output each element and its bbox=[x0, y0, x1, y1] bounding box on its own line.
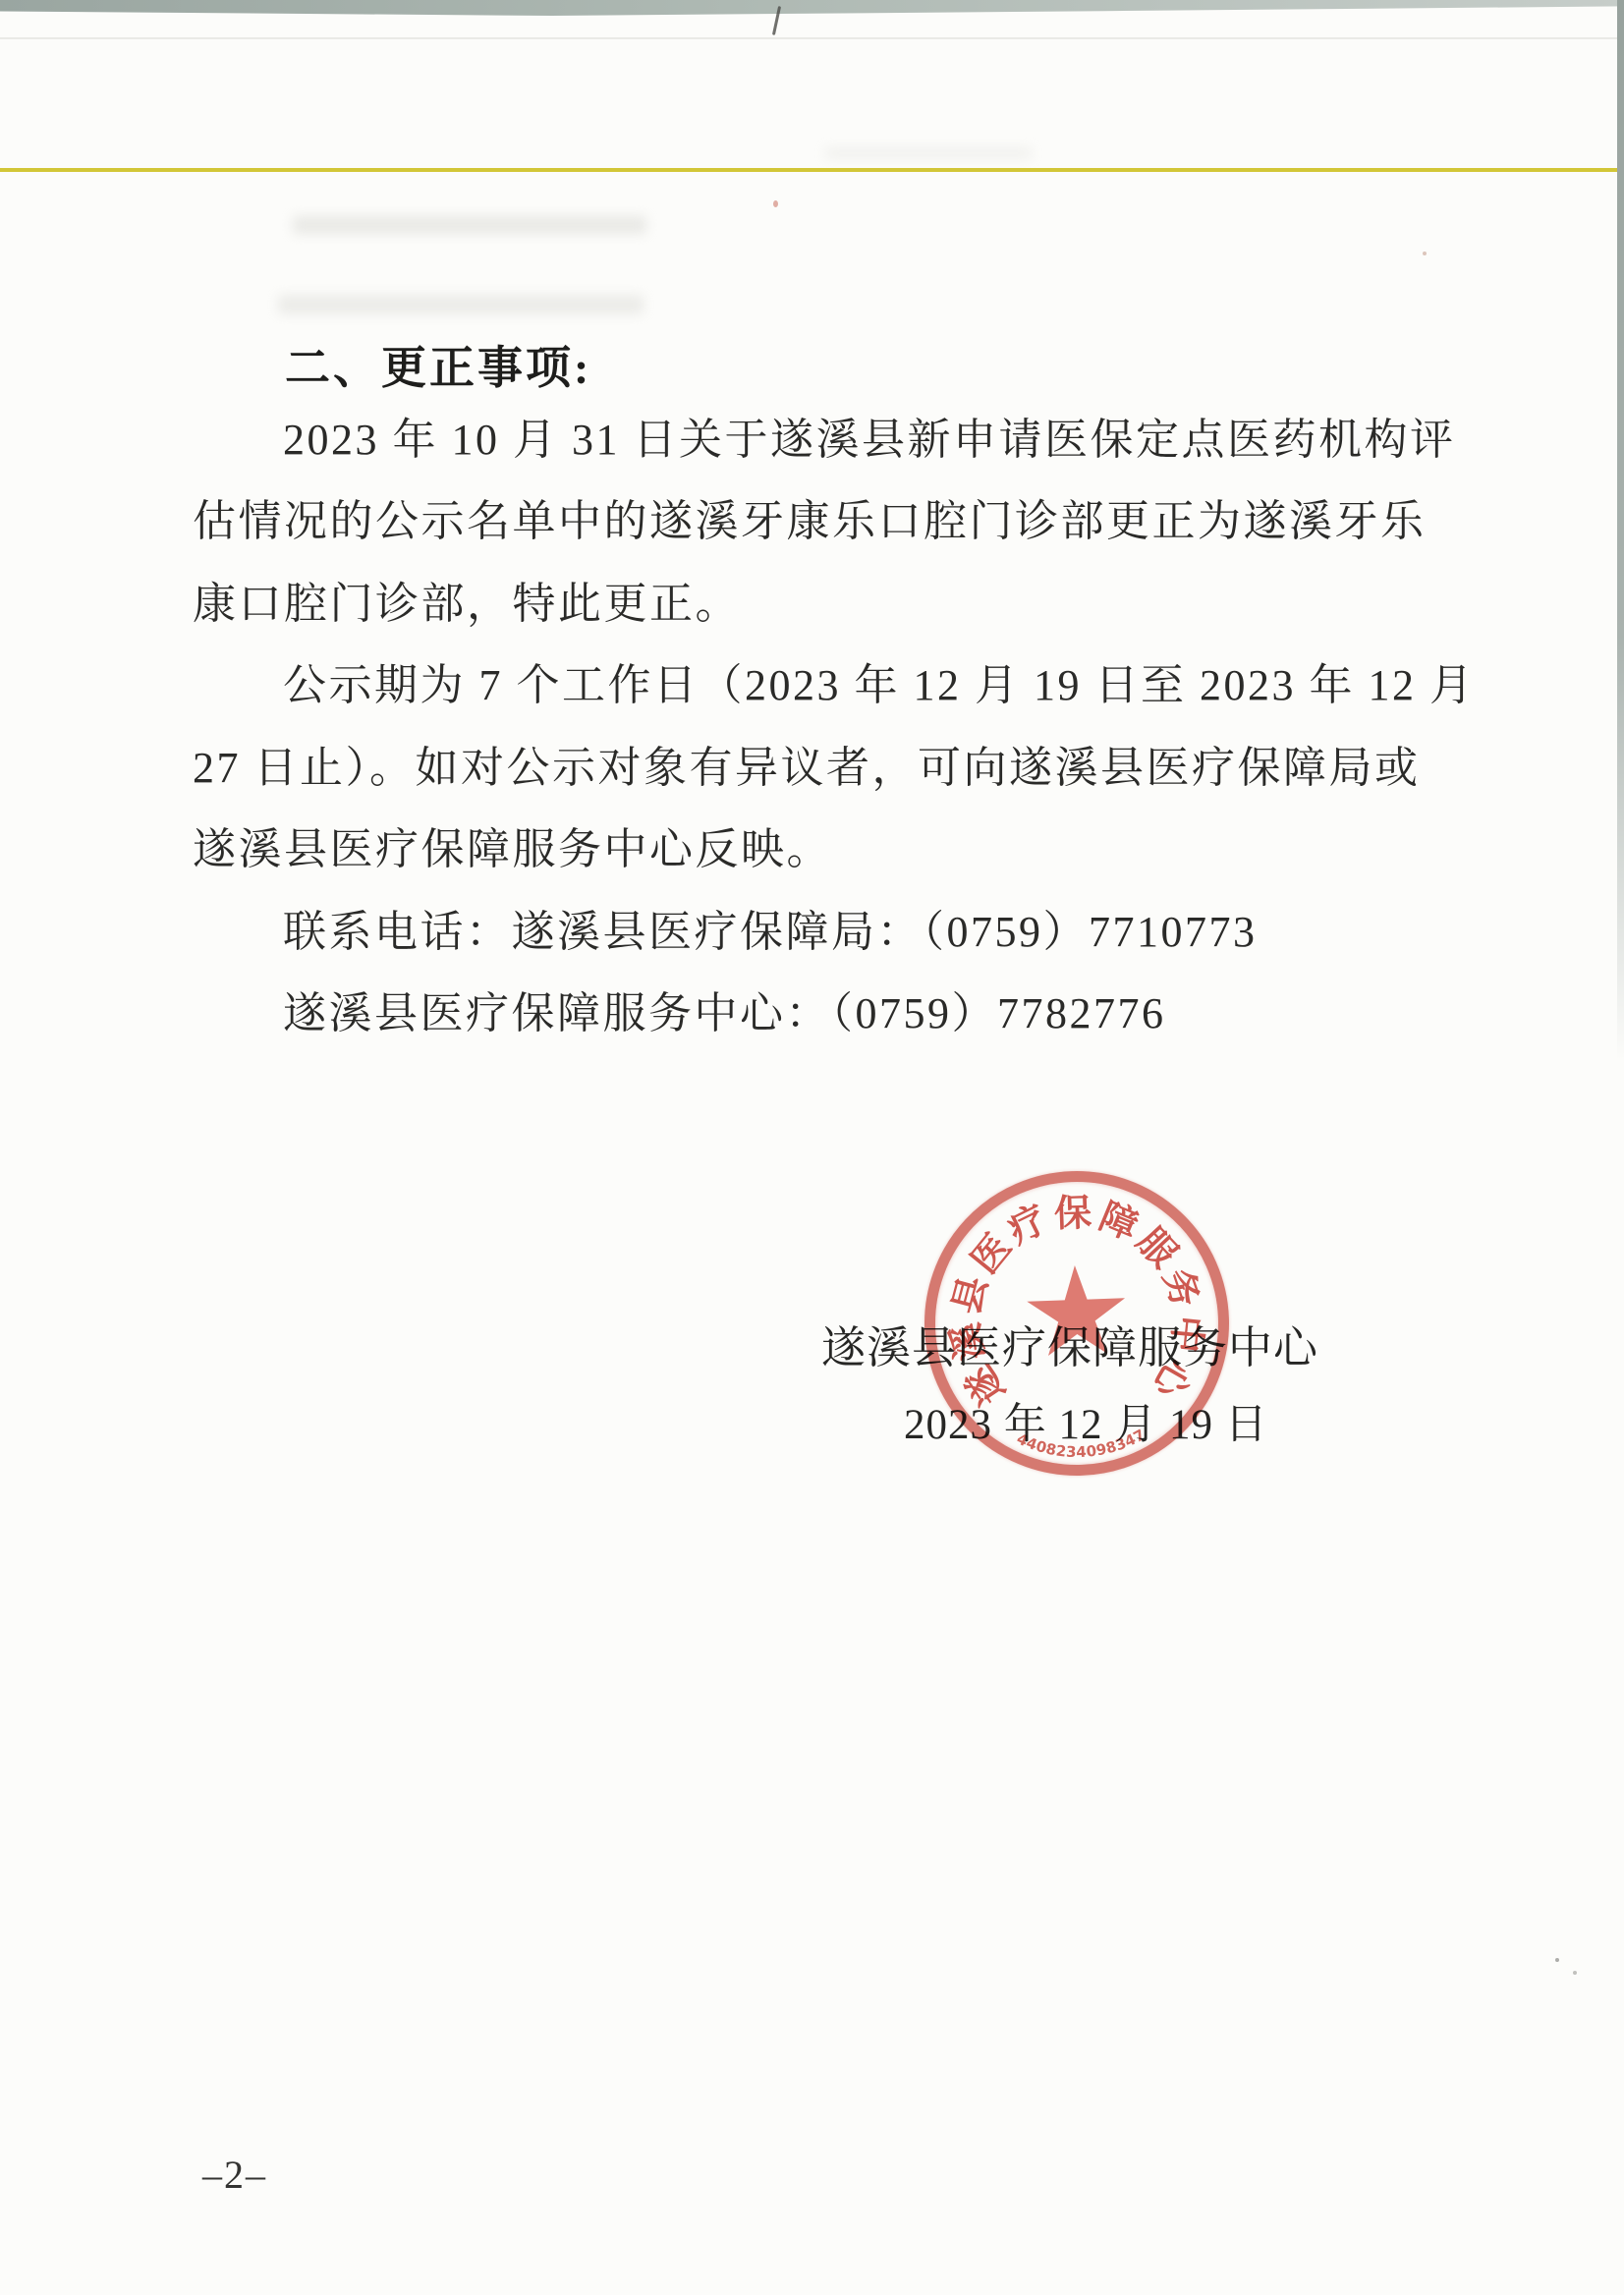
scanner-top-edge bbox=[0, 0, 1624, 16]
body-line-2: 估情况的公示名单中的遂溪牙康乐口腔门诊部更正为遂溪牙乐 bbox=[193, 497, 1427, 546]
body-line-8: 遂溪县医疗保障服务中心：（0759）7782776 bbox=[283, 989, 1166, 1038]
body-line-5: 27 日止）。如对公示对象有异议者，可向遂溪县医疗保障局或 bbox=[193, 744, 1421, 793]
seal-arc-char: 保 bbox=[1053, 1182, 1092, 1237]
body-line-4: 公示期为 7 个工作日（2023 年 12 月 19 日至 2023 年 12 … bbox=[283, 661, 1476, 710]
scan-smudge bbox=[278, 295, 644, 314]
section-heading: 二、更正事项: bbox=[285, 332, 591, 397]
yellow-divider-line bbox=[0, 168, 1624, 172]
faint-horizontal-line bbox=[0, 37, 1624, 39]
page-number: –2– bbox=[202, 2152, 267, 2198]
scan-speck bbox=[773, 200, 778, 207]
seal-arc-char: 中 bbox=[1161, 1314, 1218, 1356]
scanned-document-page: 二、更正事项: 2023 年 10 月 31 日关于遂溪县新申请医保定点医药机构… bbox=[0, 0, 1624, 2295]
scan-smudge bbox=[825, 147, 1032, 159]
scan-speck bbox=[1573, 1971, 1577, 1975]
scanner-right-edge bbox=[1617, 0, 1624, 1061]
scan-smudge bbox=[293, 216, 646, 234]
body-line-7: 联系电话：遂溪县医疗保障局：（0759）7710773 bbox=[283, 908, 1258, 957]
scan-speck bbox=[1555, 1958, 1559, 1962]
scan-speck bbox=[1423, 252, 1427, 255]
body-line-6: 遂溪县医疗保障服务中心反映。 bbox=[193, 825, 832, 874]
body-line-1: 2023 年 10 月 31 日关于遂溪县新申请医保定点医药机构评 bbox=[283, 416, 1456, 465]
official-seal: 遂溪县医疗保障服务中心 4408234098347 bbox=[920, 1166, 1235, 1482]
body-line-3: 康口腔门诊部，特此更正。 bbox=[193, 580, 741, 629]
